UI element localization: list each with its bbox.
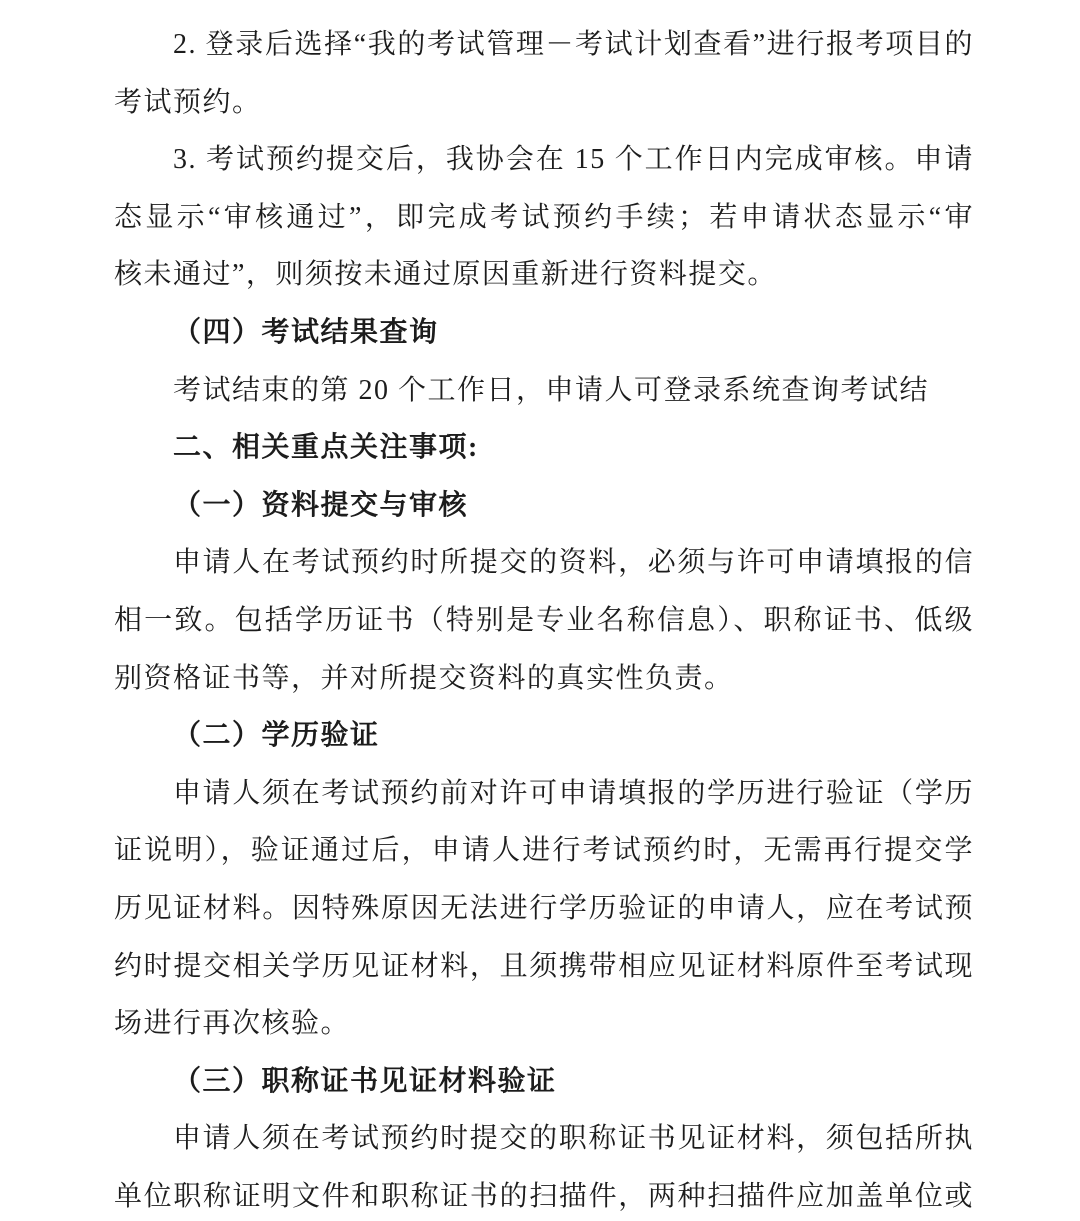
paragraph-line: 3. 考试预约提交后，我协会在 15 个工作日内完成审核。申请状	[114, 131, 974, 189]
paragraph-line: 历见证材料。因特殊原因无法进行学历验证的申请人，应在考试预	[114, 880, 974, 938]
paragraph-line: 单位职称证明文件和职称证书的扫描件，两种扫描件应加盖单位或	[114, 1168, 974, 1221]
paragraph-line: 申请人在考试预约时所提交的资料，必须与许可申请填报的信息	[114, 534, 974, 592]
document-body: 2. 登录后选择“我的考试管理－考试计划查看”进行报考项目的 考试预约。 3. …	[0, 0, 1080, 1221]
paragraph-line: 核未通过”，则须按未通过原因重新进行资料提交。	[114, 246, 974, 304]
paragraph-line: 考试结束的第 20 个工作日，申请人可登录系统查询考试结果。	[114, 362, 974, 420]
section-heading: （四）考试结果查询	[114, 304, 974, 362]
paragraph-line: 约时提交相关学历见证材料，且须携带相应见证材料原件至考试现	[114, 938, 974, 996]
paragraph-line: 态显示“审核通过”，即完成考试预约手续；若申请状态显示“审	[114, 189, 974, 247]
paragraph-line: 别资格证书等，并对所提交资料的真实性负责。	[114, 650, 974, 708]
section-heading: （二）学历验证	[114, 707, 974, 765]
paragraph-line: 申请人须在考试预约前对许可申请填报的学历进行验证（学历验	[114, 765, 974, 823]
section-heading: 二、相关重点关注事项:	[114, 419, 974, 477]
document-page: 2. 登录后选择“我的考试管理－考试计划查看”进行报考项目的 考试预约。 3. …	[0, 0, 1080, 1221]
paragraph-line: 相一致。包括学历证书（特别是专业名称信息）、职称证书、低级	[114, 592, 974, 650]
paragraph-line: 场进行再次核验。	[114, 995, 974, 1053]
paragraph-line: 考试预约。	[114, 74, 974, 132]
paragraph-line: 2. 登录后选择“我的考试管理－考试计划查看”进行报考项目的	[114, 16, 974, 74]
section-heading: （一）资料提交与审核	[114, 477, 974, 535]
paragraph-line: 申请人须在考试预约时提交的职称证书见证材料，须包括所执业	[114, 1110, 974, 1168]
section-heading: （三）职称证书见证材料验证	[114, 1053, 974, 1111]
paragraph-line: 证说明），验证通过后，申请人进行考试预约时，无需再行提交学	[114, 822, 974, 880]
